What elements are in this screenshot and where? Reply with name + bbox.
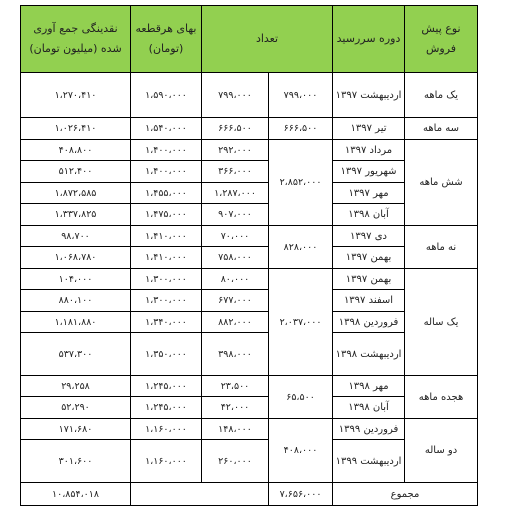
table-row: یک ماهه اردیبهشت ۱۳۹۷ ۷۹۹،۰۰۰ ۷۹۹،۰۰۰ ۱،…: [21, 73, 478, 118]
count: ۳۶۶،۰۰۰: [202, 161, 269, 183]
liquidity: ۱،۲۷۰،۴۱۰: [21, 73, 131, 118]
liquidity: ۵۱۲،۴۰۰: [21, 161, 131, 183]
period: تیر ۱۳۹۷: [333, 118, 405, 140]
presale-table: نوع پیش فروش دوره سررسید تعداد بهای هرقط…: [20, 5, 478, 506]
group-count: ۶۶۶،۵۰۰: [269, 118, 333, 140]
total-label: مجموع: [333, 483, 478, 506]
header-row: نوع پیش فروش دوره سررسید تعداد بهای هرقط…: [21, 6, 478, 73]
presale-type: سه ماهه: [405, 118, 478, 140]
count: ۲۶۰،۰۰۰: [202, 440, 269, 483]
header-period: دوره سررسید: [333, 6, 405, 73]
unit-price: ۱،۵۹۰،۰۰۰: [131, 73, 202, 118]
table-row: سه ماهه تیر ۱۳۹۷ ۶۶۶،۵۰۰ ۶۶۶،۵۰۰ ۱،۵۴۰،۰…: [21, 118, 478, 140]
unit-price: ۱،۳۴۰،۰۰۰: [131, 312, 202, 333]
period: مهر ۱۳۹۸: [333, 376, 405, 397]
liquidity: ۳۰۱،۶۰۰: [21, 440, 131, 483]
group-count: ۸۲۸،۰۰۰: [269, 226, 333, 269]
period: بهمن ۱۳۹۷: [333, 247, 405, 269]
group-count: ۲،۰۳۷،۰۰۰: [269, 269, 333, 376]
presale-type: نه ماهه: [405, 226, 478, 269]
presale-type: یک ساله: [405, 269, 478, 376]
unit-price: ۱،۳۵۰،۰۰۰: [131, 333, 202, 376]
period: مرداد ۱۳۹۷: [333, 140, 405, 161]
period: آبان ۱۳۹۸: [333, 204, 405, 226]
liquidity: ۹۸،۷۰۰: [21, 226, 131, 247]
group-count: ۲،۸۵۲،۰۰۰: [269, 140, 333, 226]
liquidity: ۲۹،۲۵۸: [21, 376, 131, 397]
liquidity: ۱،۱۸۱،۸۸۰: [21, 312, 131, 333]
table-row: نه ماهه دی ۱۳۹۷ ۸۲۸،۰۰۰ ۷۰،۰۰۰ ۱،۴۱۰،۰۰۰…: [21, 226, 478, 247]
presale-type: دو ساله: [405, 419, 478, 483]
liquidity: ۵۲،۲۹۰: [21, 397, 131, 419]
header-type: نوع پیش فروش: [405, 6, 478, 73]
period: مهر ۱۳۹۷: [333, 183, 405, 204]
header-liquidity: نقدینگی جمع آوری شده (میلیون تومان): [21, 6, 131, 73]
count: ۶۶۶،۵۰۰: [202, 118, 269, 140]
period: فروردین ۱۳۹۸: [333, 312, 405, 333]
liquidity: ۱۷۱،۶۸۰: [21, 419, 131, 440]
count: ۲۹۲،۰۰۰: [202, 140, 269, 161]
unit-price: ۱،۵۴۰،۰۰۰: [131, 118, 202, 140]
liquidity: ۱،۰۶۸،۷۸۰: [21, 247, 131, 269]
header-unit-price: بهای هرقطعه (تومان): [131, 6, 202, 73]
count: ۴۲،۰۰۰: [202, 397, 269, 419]
period: فروردین ۱۳۹۹: [333, 419, 405, 440]
unit-price: ۱،۴۰۰،۰۰۰: [131, 161, 202, 183]
table-row: هجده ماهه مهر ۱۳۹۸ ۶۵،۵۰۰ ۲۳،۵۰۰ ۱،۲۴۵،۰…: [21, 376, 478, 397]
unit-price: ۱،۱۶۰،۰۰۰: [131, 440, 202, 483]
group-count: ۶۵،۵۰۰: [269, 376, 333, 419]
unit-price: ۱،۴۱۰،۰۰۰: [131, 247, 202, 269]
total-liquidity: ۱۰،۸۵۴،۰۱۸: [21, 483, 131, 506]
period: آبان ۱۳۹۸: [333, 397, 405, 419]
presale-type: یک ماهه: [405, 73, 478, 118]
presale-type: شش ماهه: [405, 140, 478, 226]
period: اردیبهشت ۱۳۹۹: [333, 440, 405, 483]
unit-price: ۱،۴۱۰،۰۰۰: [131, 226, 202, 247]
unit-price: ۱،۴۷۵،۰۰۰: [131, 204, 202, 226]
count: ۲۳،۵۰۰: [202, 376, 269, 397]
group-count: ۷۹۹،۰۰۰: [269, 73, 333, 118]
count: ۱،۲۸۷،۰۰۰: [202, 183, 269, 204]
group-count: ۴۰۸،۰۰۰: [269, 419, 333, 483]
total-count: ۷،۶۵۶،۰۰۰: [269, 483, 333, 506]
count: ۱۴۸،۰۰۰: [202, 419, 269, 440]
unit-price: ۱،۴۵۵،۰۰۰: [131, 183, 202, 204]
count: ۶۷۷،۰۰۰: [202, 290, 269, 312]
liquidity: ۱۰۴،۰۰۰: [21, 269, 131, 290]
liquidity: ۸۸۰،۱۰۰: [21, 290, 131, 312]
count: ۹۰۷،۰۰۰: [202, 204, 269, 226]
liquidity: ۱،۳۳۷،۸۲۵: [21, 204, 131, 226]
unit-price: ۱،۳۰۰،۰۰۰: [131, 269, 202, 290]
liquidity: ۱،۸۷۲،۵۸۵: [21, 183, 131, 204]
unit-price: ۱،۳۰۰،۰۰۰: [131, 290, 202, 312]
table-row: دو ساله فروردین ۱۳۹۹ ۴۰۸،۰۰۰ ۱۴۸،۰۰۰ ۱،۱…: [21, 419, 478, 440]
unit-price: ۱،۲۴۵،۰۰۰: [131, 397, 202, 419]
count: ۸۰،۰۰۰: [202, 269, 269, 290]
count: ۳۹۸،۰۰۰: [202, 333, 269, 376]
total-empty: [131, 483, 269, 506]
unit-price: ۱،۴۰۰،۰۰۰: [131, 140, 202, 161]
period: بهمن ۱۳۹۷: [333, 269, 405, 290]
table-row: شش ماهه مرداد ۱۳۹۷ ۲،۸۵۲،۰۰۰ ۲۹۲،۰۰۰ ۱،۴…: [21, 140, 478, 161]
count: ۸۸۲،۰۰۰: [202, 312, 269, 333]
total-row: مجموع ۷،۶۵۶،۰۰۰ ۱۰،۸۵۴،۰۱۸: [21, 483, 478, 506]
liquidity: ۵۳۷،۳۰۰: [21, 333, 131, 376]
period: شهریور ۱۳۹۷: [333, 161, 405, 183]
presale-type: هجده ماهه: [405, 376, 478, 419]
unit-price: ۱،۱۶۰،۰۰۰: [131, 419, 202, 440]
liquidity: ۴۰۸،۸۰۰: [21, 140, 131, 161]
period: اردیبهشت ۱۳۹۸: [333, 333, 405, 376]
period: دی ۱۳۹۷: [333, 226, 405, 247]
unit-price: ۱،۲۴۵،۰۰۰: [131, 376, 202, 397]
period: اسفند ۱۳۹۷: [333, 290, 405, 312]
period: اردیبهشت ۱۳۹۷: [333, 73, 405, 118]
count: ۷۵۸،۰۰۰: [202, 247, 269, 269]
liquidity: ۱،۰۲۶،۴۱۰: [21, 118, 131, 140]
count: ۷۹۹،۰۰۰: [202, 73, 269, 118]
table-row: یک ساله بهمن ۱۳۹۷ ۲،۰۳۷،۰۰۰ ۸۰،۰۰۰ ۱،۳۰۰…: [21, 269, 478, 290]
count: ۷۰،۰۰۰: [202, 226, 269, 247]
header-count: تعداد: [202, 6, 333, 73]
